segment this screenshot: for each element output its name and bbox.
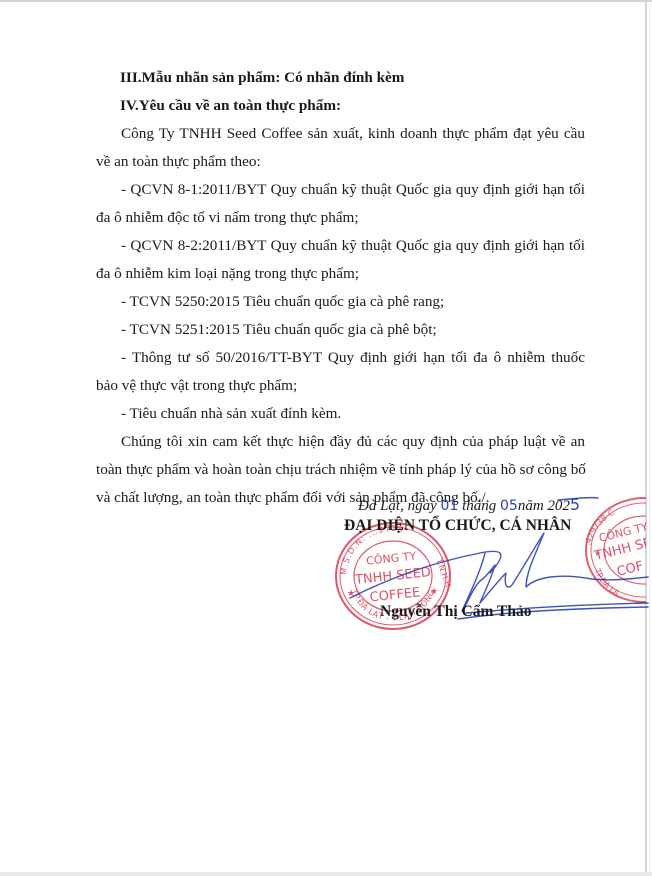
standard-4: - TCVN 5251:2015 Tiêu chuẩn quốc gia cà … <box>121 321 437 339</box>
standard-5-line-1: - Thông tư số 50/2016/TT-BYT Quy định gi… <box>121 349 585 367</box>
standard-5-line-2: bảo vệ thực vật trong thực phẩm; <box>96 377 297 395</box>
standard-3: - TCVN 5250:2015 Tiêu chuẩn quốc gia cà … <box>121 293 444 311</box>
section-iv-heading: IV.Yêu cầu về an toàn thực phẩm: <box>120 97 341 115</box>
standard-6: - Tiêu chuẩn nhà sản xuất đính kèm. <box>121 405 341 423</box>
document-page: III.Mẫu nhãn sản phẩm: Có nhãn đính kèm … <box>0 0 652 876</box>
section-iii-heading: III.Mẫu nhãn sản phẩm: Có nhãn đính kèm <box>120 69 404 87</box>
standard-1-line-2: đa ô nhiễm độc tố vi nấm trong thực phẩm… <box>96 209 359 227</box>
intro-line-1: Công Ty TNHH Seed Coffee sản xuất, kinh … <box>121 125 585 143</box>
commitment-line-2: toàn thực phẩm và hoàn toàn chịu trách n… <box>96 461 585 479</box>
standard-2-line-2: đa ô nhiễm kim loại nặng trong thực phẩm… <box>96 265 359 283</box>
standard-2-line-1: - QCVN 8-2:2011/BYT Quy chuẩn kỹ thuật Q… <box>121 237 585 255</box>
intro-line-2: về an toàn thực phẩm theo: <box>96 153 261 171</box>
commitment-line-1: Chúng tôi xin cam kết thực hiện đầy đủ c… <box>121 433 585 451</box>
standard-1-line-1: - QCVN 8-1:2011/BYT Quy chuẩn kỹ thuật Q… <box>121 181 585 199</box>
signer-name: Nguyễn Thị Cẩm Thảo <box>380 603 531 621</box>
